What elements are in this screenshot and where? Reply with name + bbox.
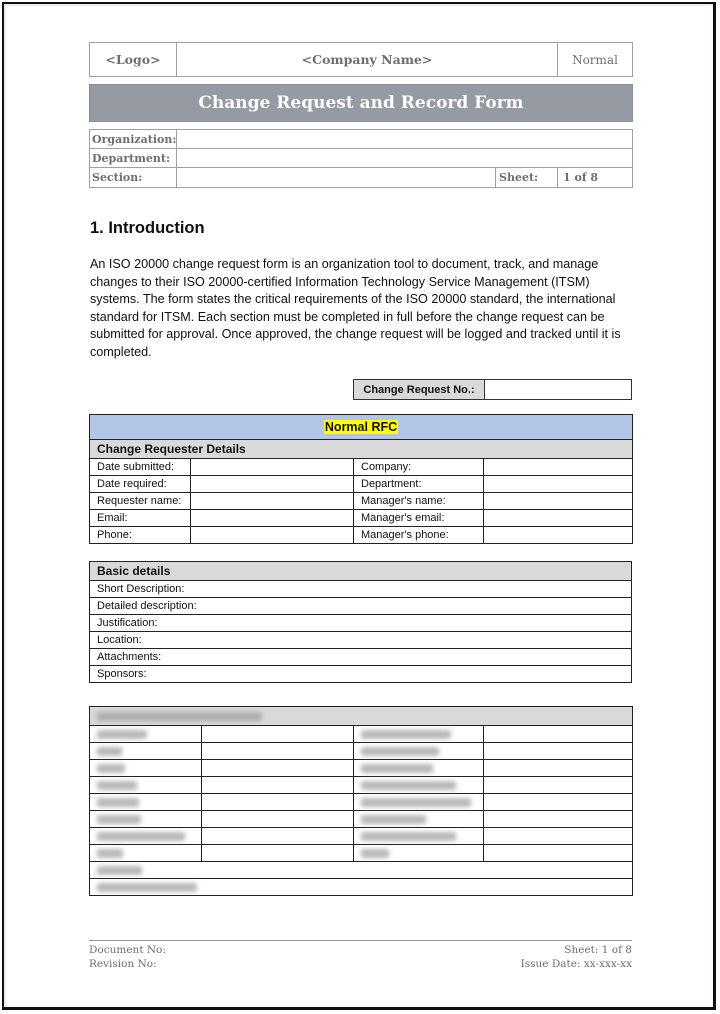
change-request-number-label: Change Request No.:: [354, 380, 485, 399]
blurred-row: [90, 828, 633, 845]
field-label[interactable]: Sponsors:: [90, 666, 632, 683]
field-label: Date required:: [90, 476, 191, 493]
section-field[interactable]: [177, 168, 495, 187]
blurred-row: [90, 743, 633, 760]
table-row: Location:: [90, 632, 632, 649]
blurred-label: [90, 743, 202, 760]
blurred-label: [354, 743, 484, 760]
blurred-label: [354, 794, 484, 811]
classification-label: Normal: [558, 43, 632, 76]
field-input[interactable]: [191, 510, 354, 527]
field-input[interactable]: [191, 527, 354, 544]
blurred-label[interactable]: [90, 862, 633, 879]
blurred-label: [90, 828, 202, 845]
field-input[interactable]: [202, 828, 354, 845]
field-input[interactable]: [484, 493, 633, 510]
department-field[interactable]: [177, 149, 632, 167]
logo-placeholder: <Logo>: [90, 43, 177, 76]
field-label[interactable]: Detailed description:: [90, 598, 632, 615]
organization-label: Organization:: [90, 130, 177, 148]
field-label: Requester name:: [90, 493, 191, 510]
blurred-label: [354, 811, 484, 828]
field-input[interactable]: [484, 794, 633, 811]
basic-section-title: Basic details: [90, 562, 632, 581]
requester-table: Normal RFC Change Requester Details Date…: [89, 414, 633, 544]
department-row: Department:: [90, 149, 632, 168]
table-row: Detailed description:: [90, 598, 632, 615]
change-request-number: Change Request No.:: [353, 379, 632, 400]
rfc-type-banner: Normal RFC: [324, 420, 398, 434]
field-label: Email:: [90, 510, 191, 527]
field-input[interactable]: [484, 743, 633, 760]
field-label[interactable]: Location:: [90, 632, 632, 649]
introduction-text: An ISO 20000 change request form is an o…: [90, 256, 635, 361]
organization-field[interactable]: [177, 130, 632, 148]
table-row: Date submitted:Company:: [90, 459, 633, 476]
field-input[interactable]: [202, 811, 354, 828]
section-header-row: Basic details: [90, 562, 632, 581]
department-label: Department:: [90, 149, 177, 167]
field-label[interactable]: Short Description:: [90, 581, 632, 598]
section-header-row: Change Requester Details: [90, 440, 633, 459]
meta-table: Organization: Department: Section: Sheet…: [89, 129, 633, 188]
field-label: Department:: [354, 476, 484, 493]
blurred-label: [354, 845, 484, 862]
document-title: Change Request and Record Form: [89, 84, 633, 122]
footer-issue-date: Issue Date: xx-xxx-xx: [521, 957, 632, 971]
field-label: Company:: [354, 459, 484, 476]
table-row: Sponsors:: [90, 666, 632, 683]
field-input[interactable]: [484, 777, 633, 794]
change-request-number-field[interactable]: [485, 380, 631, 399]
footer-right: Sheet: 1 of 8 Issue Date: xx-xxx-xx: [521, 943, 632, 971]
blurred-row: [90, 777, 633, 794]
table-row: Requester name:Manager's name:: [90, 493, 633, 510]
footer-sheet: Sheet: 1 of 8: [521, 943, 632, 957]
blurred-label: [90, 777, 202, 794]
blurred-row: [90, 760, 633, 777]
company-name: <Company Name>: [177, 43, 558, 76]
field-input[interactable]: [484, 828, 633, 845]
blurred-label[interactable]: [90, 879, 633, 896]
blurred-label: [90, 760, 202, 777]
table-row: Email:Manager's email:: [90, 510, 633, 527]
basic-details-table: Basic details Short Description:Detailed…: [89, 561, 632, 683]
field-input[interactable]: [484, 476, 633, 493]
table-row: Short Description:: [90, 581, 632, 598]
page-footer: Document No: Revision No: Sheet: 1 of 8 …: [89, 940, 632, 971]
blurred-label: [90, 794, 202, 811]
field-label[interactable]: Attachments:: [90, 649, 632, 666]
rfc-banner-row: Normal RFC: [90, 415, 633, 440]
field-input[interactable]: [202, 760, 354, 777]
blurred-row: [90, 811, 633, 828]
section-header-row: [90, 707, 633, 726]
blurred-details-table: [89, 706, 633, 896]
field-input[interactable]: [191, 459, 354, 476]
field-input[interactable]: [202, 845, 354, 862]
blurred-label: [354, 777, 484, 794]
blurred-label: [90, 811, 202, 828]
document-header: <Logo> <Company Name> Normal: [89, 42, 633, 77]
blurred-section-title: [90, 707, 633, 726]
field-input[interactable]: [191, 493, 354, 510]
field-label: Manager's phone:: [354, 527, 484, 544]
section-row: Section: Sheet: 1 of 8: [90, 168, 632, 187]
organization-row: Organization:: [90, 130, 632, 149]
blurred-label: [354, 760, 484, 777]
field-input[interactable]: [484, 726, 633, 743]
table-row: Date required:Department:: [90, 476, 633, 493]
field-input[interactable]: [484, 459, 633, 476]
field-input[interactable]: [202, 777, 354, 794]
blurred-row: [90, 879, 633, 896]
blurred-row: [90, 845, 633, 862]
field-label: Manager's email:: [354, 510, 484, 527]
field-input[interactable]: [484, 845, 633, 862]
field-label[interactable]: Justification:: [90, 615, 632, 632]
blurred-label: [90, 845, 202, 862]
field-input[interactable]: [202, 794, 354, 811]
section-heading: 1. Introduction: [90, 219, 205, 238]
field-input[interactable]: [202, 726, 354, 743]
field-label: Phone:: [90, 527, 191, 544]
field-input[interactable]: [191, 476, 354, 493]
field-label: Date submitted:: [90, 459, 191, 476]
requester-section-title: Change Requester Details: [90, 440, 633, 459]
field-label: Manager's name:: [354, 493, 484, 510]
table-row: Justification:: [90, 615, 632, 632]
blurred-label: [354, 726, 484, 743]
sheet-value: 1 of 8: [558, 168, 632, 187]
blurred-label: [354, 828, 484, 845]
sheet-label: Sheet:: [495, 168, 558, 187]
field-input[interactable]: [484, 527, 633, 544]
field-input[interactable]: [484, 510, 633, 527]
blurred-row: [90, 726, 633, 743]
section-label: Section:: [90, 168, 177, 187]
field-input[interactable]: [202, 743, 354, 760]
blurred-row: [90, 862, 633, 879]
blurred-row: [90, 794, 633, 811]
field-input[interactable]: [484, 760, 633, 777]
field-input[interactable]: [484, 811, 633, 828]
table-row: Phone:Manager's phone:: [90, 527, 633, 544]
table-row: Attachments:: [90, 649, 632, 666]
blurred-label: [90, 726, 202, 743]
